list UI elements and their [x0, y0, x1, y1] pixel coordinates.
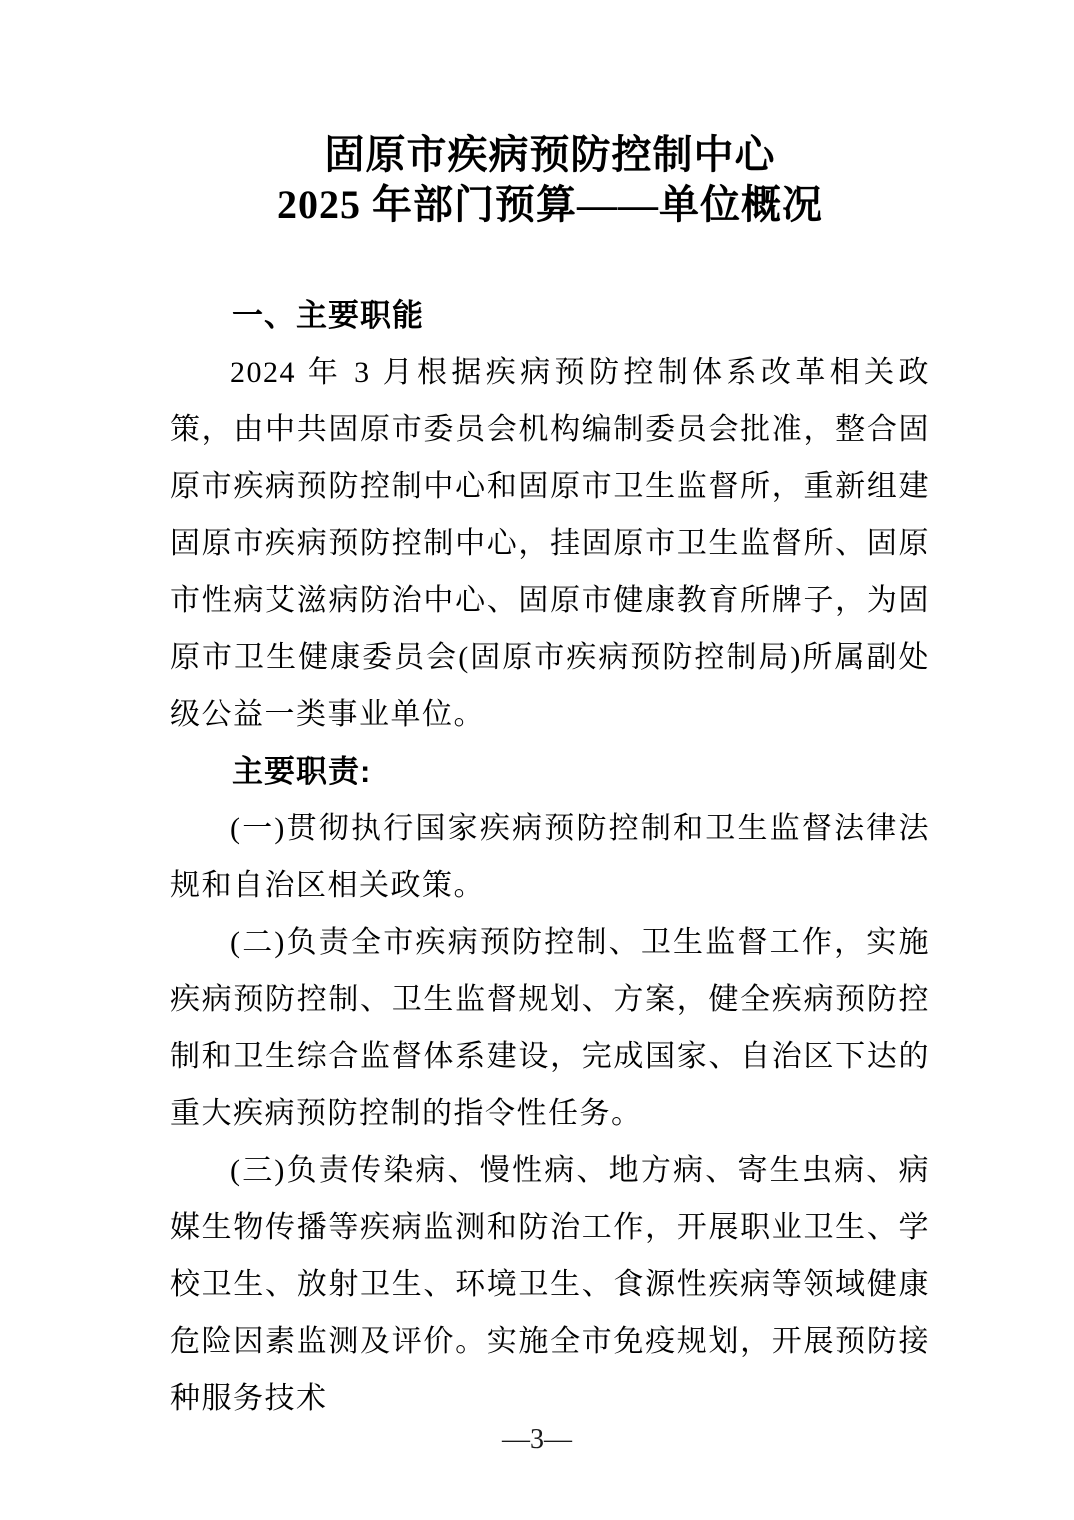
page-number: —3— [0, 1422, 1074, 1458]
subheading-main-duties: 主要职责: [170, 743, 930, 800]
title-line-1: 固原市疾病预防控制中心 [170, 130, 930, 180]
paragraph-duty-1: (一)贯彻执行国家疾病预防控制和卫生监督法律法规和自治区相关政策。 [170, 800, 930, 914]
document-body: 一、主要职能 2024 年 3 月根据疾病预防控制体系改革相关政策，由中共固原市… [170, 287, 930, 1427]
paragraph-duty-3: (三)负责传染病、慢性病、地方病、寄生虫病、病媒生物传播等疾病监测和防治工作，开… [170, 1142, 930, 1427]
document-title: 固原市疾病预防控制中心 2025 年部门预算——单位概况 [170, 130, 930, 230]
section-heading-main-functions: 一、主要职能 [170, 287, 930, 344]
document-page: 固原市疾病预防控制中心 2025 年部门预算——单位概况 一、主要职能 2024… [0, 0, 1074, 1520]
paragraph-duty-2: (二)负责全市疾病预防控制、卫生监督工作，实施疾病预防控制、卫生监督规划、方案，… [170, 914, 930, 1142]
title-line-2: 2025 年部门预算——单位概况 [170, 180, 930, 230]
paragraph-intro: 2024 年 3 月根据疾病预防控制体系改革相关政策，由中共固原市委员会机构编制… [170, 344, 930, 743]
